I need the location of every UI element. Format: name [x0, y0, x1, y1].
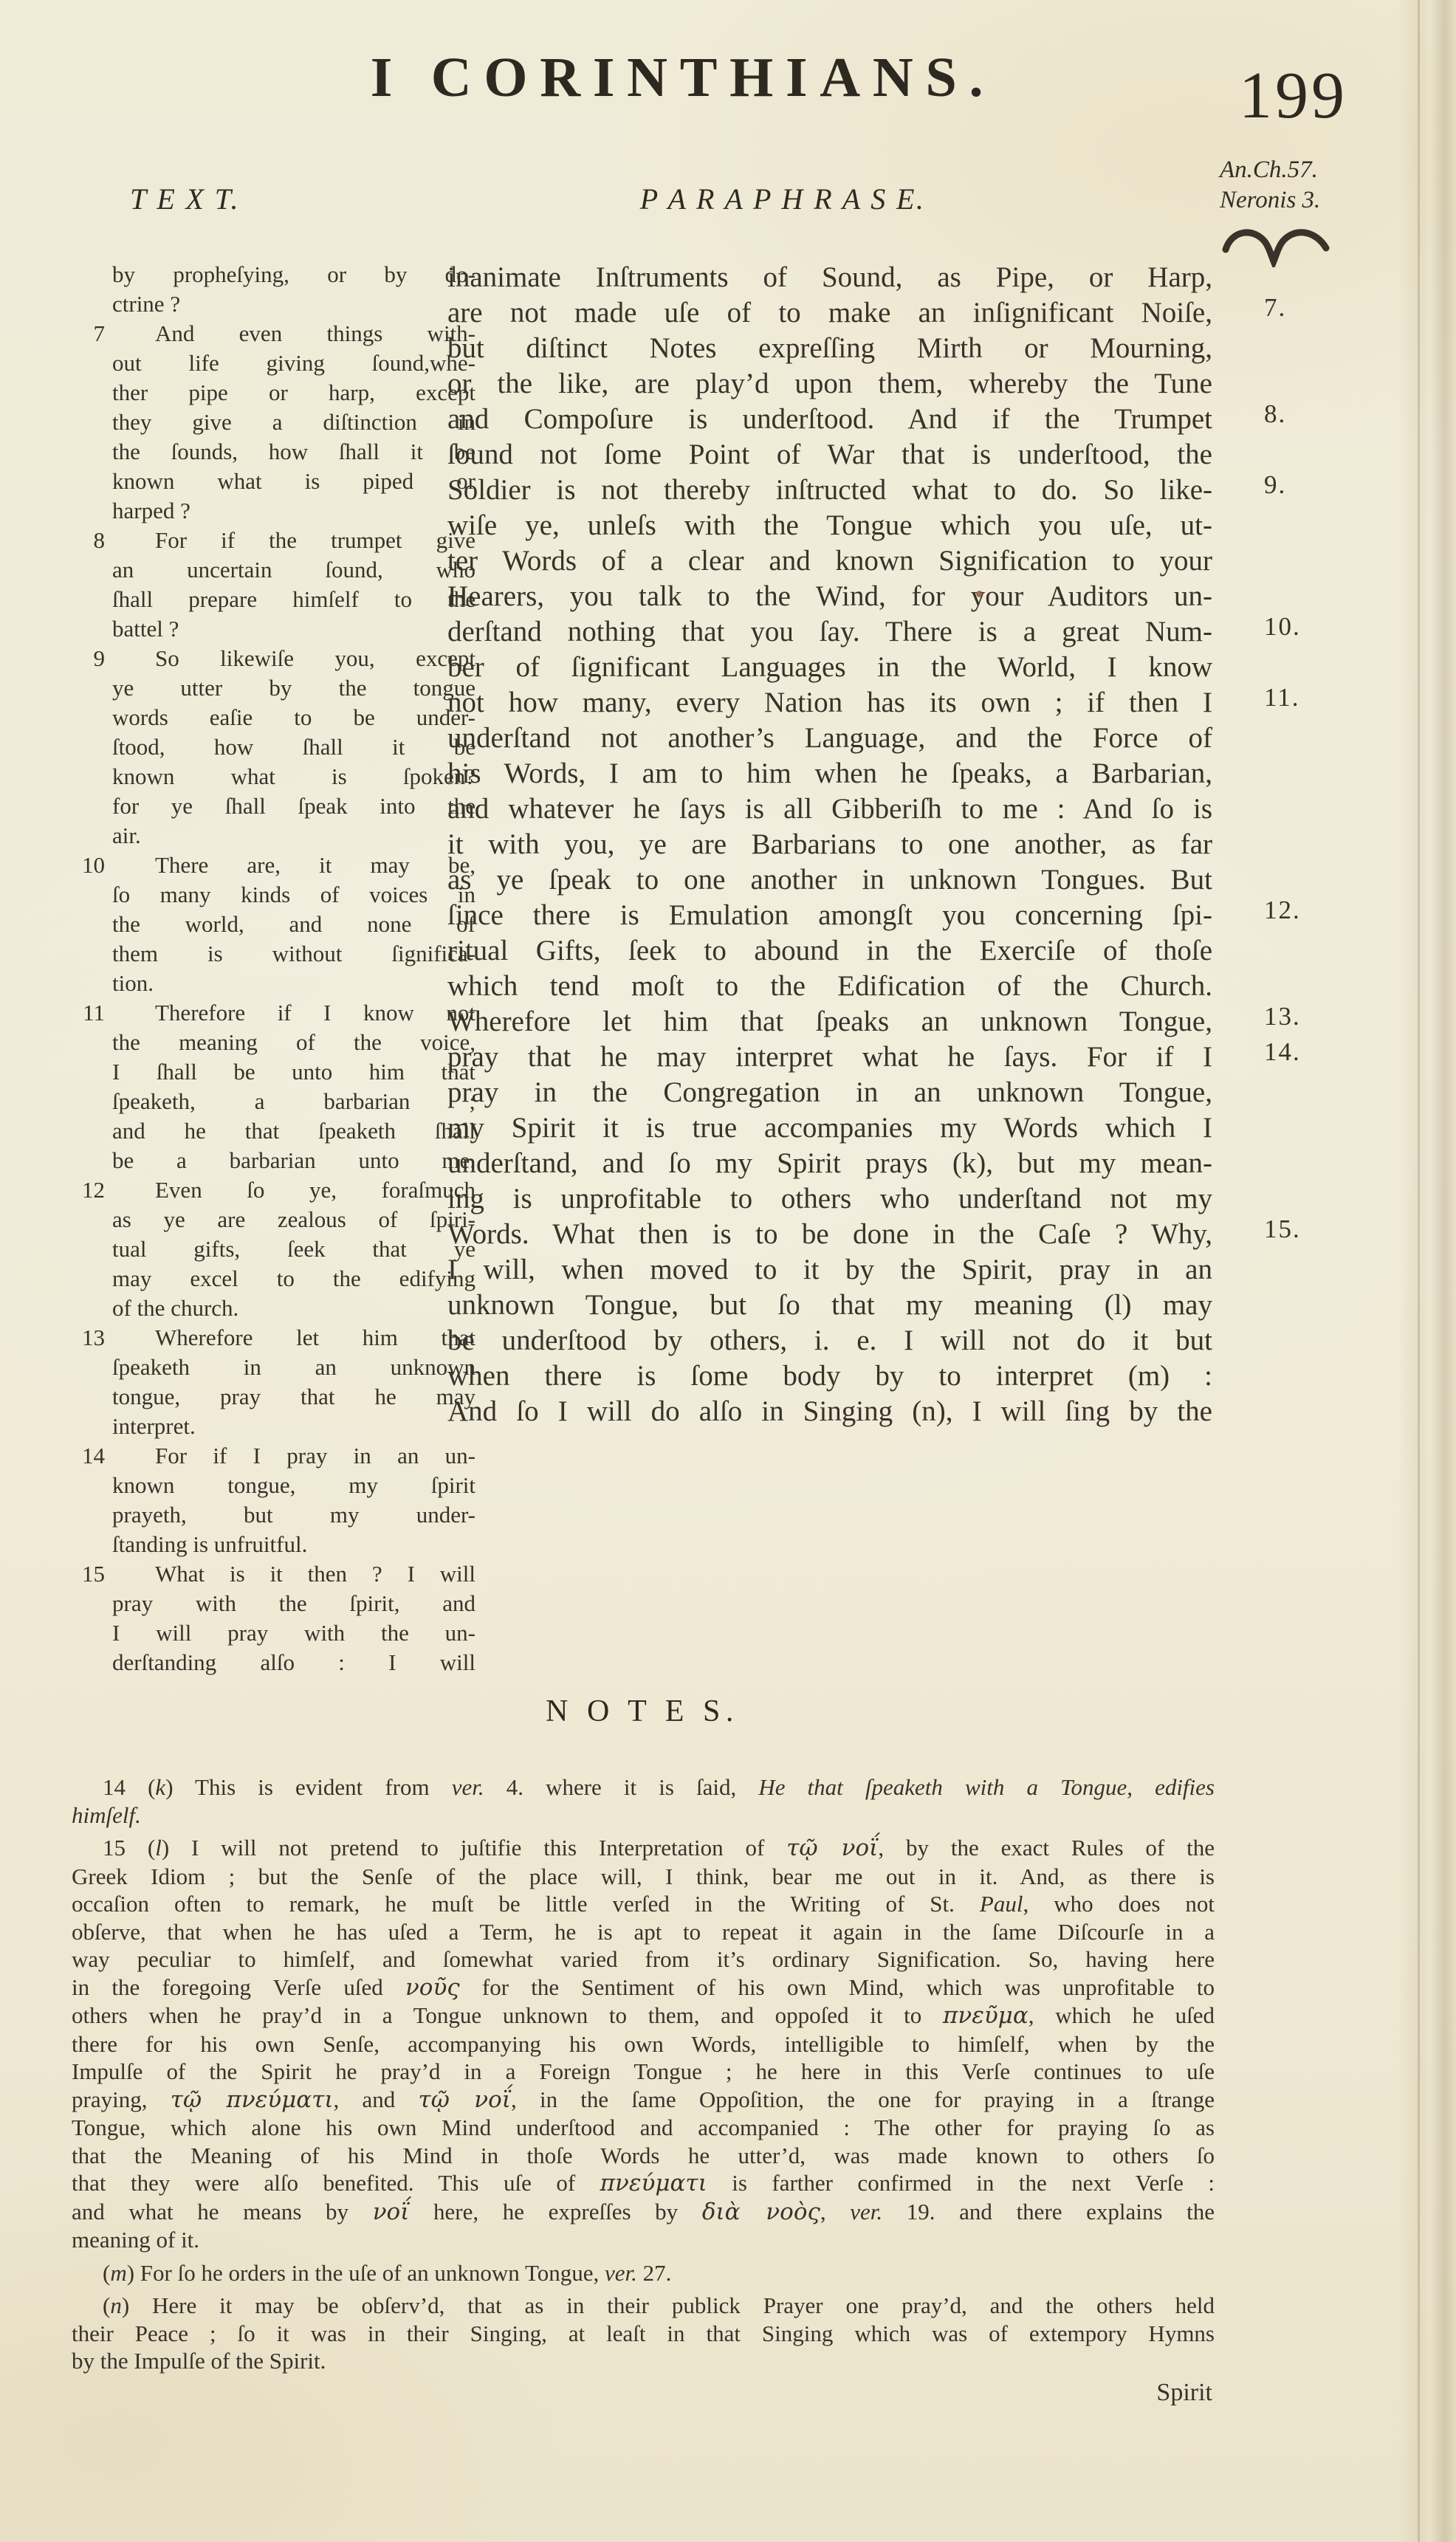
note-line: their Peace ; ſo it was in their Singing… [72, 2320, 1215, 2348]
verse-line: of the church. [112, 1294, 475, 1323]
note-text: , who does not [1023, 1891, 1215, 1917]
margin-verse-number: 8. [1264, 399, 1286, 429]
greek-term: νοῦς [405, 1974, 460, 2001]
paraphrase-line: not how many, every Nation has its own ;… [447, 685, 1212, 721]
note-text: here, he expreſſes by [409, 2199, 701, 2225]
verse-line: them is without ſignifica- [112, 939, 475, 969]
verse-number: 11 [68, 998, 105, 1028]
verse-line: by propheſying, or by do- [112, 260, 475, 289]
paraphrase-line: it with you, ye are Barbarians to one an… [447, 827, 1212, 862]
verse-line: I will pray with the un- [112, 1618, 475, 1648]
margin-verse-number: 11. [1264, 683, 1299, 712]
note-line: 15 (l) I will not pretend to juſtifie th… [72, 1834, 1215, 1863]
note-line: by the Impulſe of the Spirit. [72, 2347, 1215, 2375]
paraphrase-line: ritual Gifts, ſeek to abound in the Exer… [447, 933, 1212, 969]
paraphrase-line: and Compoſure is underſtood. And if the … [447, 402, 1212, 437]
paraphrase-line: which tend moſt to the Edification of th… [447, 969, 1212, 1004]
paraphrase-line: derſtand nothing that you ſay. There is … [447, 614, 1212, 650]
verse-line: And even things with- [112, 319, 475, 348]
verse-line: Even ſo ye, foraſmuch [112, 1175, 475, 1205]
note-text: their Peace ; ſo it was in their Singing… [72, 2321, 1215, 2346]
paraphrase-line: pray that he may interpret what he ſays.… [447, 1040, 1212, 1075]
verse-line: words eaſie to be under- [112, 703, 475, 732]
note-text: m [110, 2260, 126, 2286]
bible-verse-8: 8For if the trumpet givean uncertain ſou… [112, 526, 475, 644]
note-line: meaning of it. [72, 2226, 1215, 2254]
verse-line: ctrine ? [112, 289, 475, 319]
book-page: I CORINTHIANS. 199 An.Ch.57. Neronis 3. … [0, 0, 1456, 2542]
note-line: that the Meaning of his Mind in thoſe Wo… [72, 2142, 1215, 2170]
note-text: praying, [72, 2086, 171, 2112]
paraphrase-line: I will, when moved to it by the Spirit, … [447, 1252, 1212, 1288]
paraphrase-line: ing is unprofitable to others who underſ… [447, 1181, 1212, 1217]
text-column: by propheſying, or by do-ctrine ?7And ev… [112, 260, 475, 1677]
paraphrase-column-heading: P A R A P H R A S E. [517, 182, 1048, 216]
verse-line: known tongue, my ſpirit [112, 1471, 475, 1500]
verse-line: for ye ſhall ſpeak into the [112, 791, 475, 821]
note-text: is farther confirmed in the next Verſe : [707, 2170, 1215, 2196]
bible-verse-7: 7And even things with-out life giving ſo… [112, 319, 475, 526]
page-edge-shading [1398, 0, 1456, 2542]
note-text: ) This is evident from [165, 1774, 452, 1800]
note-line: there for his own Senſe, accompanying hi… [72, 2030, 1215, 2058]
paraphrase-line: Hearers, you talk to the Wind, for your … [447, 579, 1212, 614]
note-text: Greek Idiom ; but the Senſe of the place… [72, 1863, 1215, 1889]
margin-date-line1: An.Ch.57. [1220, 155, 1320, 185]
note-text: 27. [637, 2260, 672, 2286]
verse-line: tual gifts, ſeek that ye [112, 1234, 475, 1264]
note: (m) For ſo he orders in the uſe of an un… [72, 2259, 1215, 2287]
note-text: l [155, 1835, 162, 1861]
note-text: Tongue, which alone his own Mind underſt… [72, 2115, 1215, 2140]
paraphrase-line: Wherefore let him that ſpeaks an unknown… [447, 1004, 1212, 1040]
greek-term: διὰ νοὸς [702, 2199, 820, 2225]
bible-verse-13: 13Wherefore let him thatſpeaketh in an u… [112, 1323, 475, 1441]
verse-line: Wherefore let him that [112, 1323, 475, 1353]
verse-line: pray with the ſpirit, and [112, 1589, 475, 1618]
verse-line: So likewiſe you, except [112, 644, 475, 673]
note-text: obſerve, that when he has uſed a Term, h… [72, 1919, 1215, 1945]
note-text: , by the exact Rules of the [878, 1835, 1215, 1861]
verse-line: tion. [112, 969, 475, 998]
greek-term: πνεύματι [600, 2170, 707, 2196]
verse-line: ſtood, how ſhall it be [112, 732, 475, 762]
verse-line: known what is ſpoken? [112, 762, 475, 791]
paraphrase-line: or the like, are play’d upon them, where… [447, 366, 1212, 402]
note-line: himſelf. [72, 1801, 1215, 1830]
note: 14 (k) This is evident from ver. 4. wher… [72, 1773, 1215, 1829]
verse-line: interpret. [112, 1412, 475, 1441]
margin-date-note: An.Ch.57. Neronis 3. [1220, 155, 1320, 216]
paraphrase-line: my Spirit it is true accompanies my Word… [447, 1110, 1212, 1146]
paraphrase-line: inanimate Inſtruments of Sound, as Pipe,… [447, 260, 1212, 295]
paraphrase-line: wiſe ye, unleſs with the Tongue which yo… [447, 508, 1212, 543]
verse-number: 9 [68, 644, 105, 673]
note-text: Impulſe of the Spirit he pray’d in a For… [72, 2058, 1215, 2084]
paraphrase-line: ſince there is Emulation amongſt you con… [447, 898, 1212, 933]
paraphrase-line: Soldier is not thereby inſtructed what t… [447, 473, 1212, 508]
notes-heading: N O T E S. [218, 1694, 1067, 1729]
paraphrase-line: And ſo I will do alſo in Singing (n), I … [447, 1394, 1212, 1429]
verse-line: known what is piped or [112, 467, 475, 496]
note-text: ver. [452, 1774, 484, 1800]
verse-line: For if the trumpet give [112, 526, 475, 555]
paraphrase-column: inanimate Inſtruments of Sound, as Pipe,… [447, 260, 1212, 1429]
margin-date-line2: Neronis 3. [1220, 185, 1320, 216]
note-text: , which he uſed [1029, 2002, 1215, 2028]
note-text: there for his own Senſe, accompanying hi… [72, 2031, 1215, 2057]
note-text: 19. and there explains the [882, 2199, 1215, 2225]
note-text: ( [103, 2292, 110, 2318]
verse-line: an uncertain ſound, who [112, 555, 475, 585]
greek-term: πνεῦμα [943, 2002, 1029, 2029]
verse-line: the world, and none of [112, 910, 475, 939]
note-text: others when he pray’d in a Tongue unknow… [72, 2002, 943, 2028]
note-text: meaning of it. [72, 2227, 199, 2253]
note-text: ) I will not pretend to juſtifie this In… [162, 1835, 786, 1861]
verse-line: may excel to the edifying [112, 1264, 475, 1294]
note-line: (n) Here it may be obſerv’d, that as in … [72, 2292, 1215, 2320]
note-text: n [110, 2292, 122, 2318]
verse-line: tongue, pray that he may [112, 1382, 475, 1412]
margin-verse-number: 13. [1264, 1002, 1301, 1031]
verse-line: and he that ſpeaketh ſhall [112, 1116, 475, 1146]
paraphrase-line: as ye ſpeak to one another in unknown To… [447, 862, 1212, 898]
note-text: that they were alſo benefited. This uſe … [72, 2170, 600, 2196]
note-text: occaſion often to remark, he muſt be lit… [72, 1891, 980, 1917]
verse-line: out life giving ſound,whe- [112, 348, 475, 378]
bible-verse-11: 11Therefore if I know notthe meaning of … [112, 998, 475, 1175]
paraphrase-line: underſtand not another’s Language, and t… [447, 721, 1212, 756]
verse-number: 15 [68, 1559, 105, 1589]
verse-line: ſpeaketh, a barbarian ; [112, 1087, 475, 1116]
verse-line: the meaning of the voice, [112, 1028, 475, 1057]
verse-number: 13 [68, 1323, 105, 1353]
bible-verse-12: 12Even ſo ye, foraſmuchas ye are zealous… [112, 1175, 475, 1323]
note-text: , and [334, 2086, 419, 2112]
note-line: in the foregoing Verſe uſed νοῦς for the… [72, 1974, 1215, 2002]
verse-number: 10 [68, 851, 105, 880]
paraphrase-line: when there is ſome body by to interpret … [447, 1358, 1212, 1394]
verse-line: ſtanding is unfruitful. [112, 1530, 475, 1559]
verse-line: harped ? [112, 496, 475, 526]
page-number: 199 [1239, 58, 1347, 134]
paraphrase-line: his Words, I am to him when he ſpeaks, a… [447, 756, 1212, 791]
verse-line: be a barbarian unto me. [112, 1146, 475, 1175]
paraphrase-line: and whatever he ſays is all Gibberiſh to… [447, 791, 1212, 827]
note-text: Paul [980, 1891, 1023, 1917]
note-line: (m) For ſo he orders in the uſe of an un… [72, 2259, 1215, 2287]
greek-term: τῷ νοΐ [786, 1835, 878, 1861]
bible-verse-14: 14For if I pray in an un-known tongue, m… [112, 1441, 475, 1559]
verse-line: I ſhall be unto him that [112, 1057, 475, 1087]
verse-line: ye utter by the tongue [112, 673, 475, 703]
note-line: others when he pray’d in a Tongue unknow… [72, 2002, 1215, 2030]
note-text: ver. [605, 2260, 637, 2286]
note-text: himſelf. [72, 1802, 141, 1828]
note-text: ) Here it may be obſerv’d, that as in th… [122, 2292, 1215, 2318]
verse-line: they give a diſtinction in [112, 408, 475, 437]
note-line: praying, τῷ πνεύματι, and τῷ νοΐ, in the… [72, 2086, 1215, 2115]
verse-line: Therefore if I know not [112, 998, 475, 1028]
verse-line: as ye are zealous of ſpiri- [112, 1205, 475, 1234]
verse-line: ſhall prepare himſelf to the [112, 585, 475, 614]
greek-term: τῷ πνεύματι [171, 2086, 334, 2113]
note-text: by the Impulſe of the Spirit. [72, 2348, 326, 2374]
paraphrase-line: are not made uſe of to make an inſignifi… [447, 295, 1212, 331]
paraphrase-line: ſound not ſome Point of War that is unde… [447, 437, 1212, 473]
note-text: that the Meaning of his Mind in thoſe Wo… [72, 2143, 1215, 2168]
verse-line: There are, it may be, [112, 851, 475, 880]
bible-verse-15: 15What is it then ? I willpray with the … [112, 1559, 475, 1677]
note-text: in the foregoing Verſe uſed [72, 1974, 405, 2000]
paraphrase-line: pray in the Congregation in an unknown T… [447, 1075, 1212, 1110]
paraphrase-line: Words. What then is to be done in the Ca… [447, 1217, 1212, 1252]
note-line: and what he means by νοΐ here, he expreſ… [72, 2198, 1215, 2227]
verse-line: What is it then ? I will [112, 1559, 475, 1589]
note-text: 4. where it is ſaid, [484, 1774, 759, 1800]
note-line: Greek Idiom ; but the Senſe of the place… [72, 1863, 1215, 1891]
note-line: 14 (k) This is evident from ver. 4. wher… [72, 1773, 1215, 1801]
verse-number: 8 [68, 526, 105, 555]
note-text: He that ſpeaketh with a Tongue, edifies [758, 1774, 1215, 1800]
note-text: ( [103, 2260, 110, 2286]
text-column-heading: T E X T. [130, 182, 240, 216]
margin-verse-number: 12. [1264, 896, 1301, 925]
verse-line: For if I pray in an un- [112, 1441, 475, 1471]
note-text: k [155, 1774, 165, 1800]
margin-verse-number: 10. [1264, 612, 1301, 642]
bible-verse-10: 10There are, it may be,ſo many kinds of … [112, 851, 475, 998]
verse-line: ſpeaketh in an unknown [112, 1353, 475, 1382]
paraphrase-line: be underſtood by others, i. e. I will no… [447, 1323, 1212, 1358]
note: (n) Here it may be obſerv’d, that as in … [72, 2292, 1215, 2375]
note-text: , [820, 2199, 850, 2225]
note-line: Tongue, which alone his own Mind underſt… [72, 2114, 1215, 2142]
greek-term: νοΐ [373, 2199, 410, 2225]
notes-section: 14 (k) This is evident from ver. 4. wher… [72, 1773, 1215, 2380]
verse-line: prayeth, but my under- [112, 1500, 475, 1530]
verse-number: 12 [68, 1175, 105, 1205]
margin-verse-number: 9. [1264, 470, 1286, 500]
bible-verse-continued: by propheſying, or by do-ctrine ? [112, 260, 475, 319]
verse-line: the ſounds, how ſhall it be [112, 437, 475, 467]
verse-line: ther pipe or harp, except [112, 378, 475, 408]
verse-line: ſo many kinds of voices in [112, 880, 475, 910]
verse-number-margin: 7.8.9.10.11.12.13.14.15. [1264, 260, 1360, 1456]
note-text: 14 ( [103, 1774, 155, 1800]
note-line: occaſion often to remark, he muſt be lit… [72, 1890, 1215, 1918]
note-text: ) For ſo he orders in the uſe of an unkn… [127, 2260, 605, 2286]
note-text: way peculiar to himſelf, and ſomewhat va… [72, 1946, 1215, 1972]
note-text: 15 ( [103, 1835, 155, 1861]
verse-line: derſtanding alſo : I will [112, 1648, 475, 1677]
margin-verse-number: 7. [1264, 293, 1286, 323]
page-title: I CORINTHIANS. [214, 46, 1152, 110]
verse-number: 7 [68, 319, 105, 348]
verse-line: battel ? [112, 614, 475, 644]
note-text: , in the ſame Oppoſition, the one for pr… [511, 2086, 1215, 2112]
paraphrase-line: unknown Tongue, but ſo that my meaning (… [447, 1288, 1212, 1323]
verse-line: air. [112, 821, 475, 851]
note-text: for the Sentiment of his own Mind, which… [460, 1974, 1215, 2000]
paraphrase-line: ber of ſignificant Languages in the Worl… [447, 650, 1212, 685]
paraphrase-line: but diſtinct Notes expreſſing Mirth or M… [447, 331, 1212, 366]
margin-verse-number: 14. [1264, 1037, 1301, 1067]
note-line: Impulſe of the Spirit he pray’d in a For… [72, 2058, 1215, 2086]
bible-verse-9: 9So likewiſe you, exceptye utter by the … [112, 644, 475, 851]
note-text: ver. [850, 2199, 882, 2225]
ink-spot [976, 591, 983, 597]
note-line: way peculiar to himſelf, and ſomewhat va… [72, 1945, 1215, 1974]
note-line: that they were alſo benefited. This uſe … [72, 2169, 1215, 2198]
note: 15 (l) I will not pretend to juſtifie th… [72, 1834, 1215, 2254]
note-text: and what he means by [72, 2199, 373, 2225]
paraphrase-line: ter Words of a clear and known Significa… [447, 543, 1212, 579]
margin-verse-number: 15. [1264, 1215, 1301, 1244]
note-line: obſerve, that when he has uſed a Term, h… [72, 1918, 1215, 1946]
paraphrase-line: underſtand, and ſo my Spirit prays (k), … [447, 1146, 1212, 1181]
catchword: Spirit [960, 2379, 1212, 2407]
greek-term: τῷ νοΐ [419, 2086, 511, 2113]
verse-number: 14 [68, 1441, 105, 1471]
